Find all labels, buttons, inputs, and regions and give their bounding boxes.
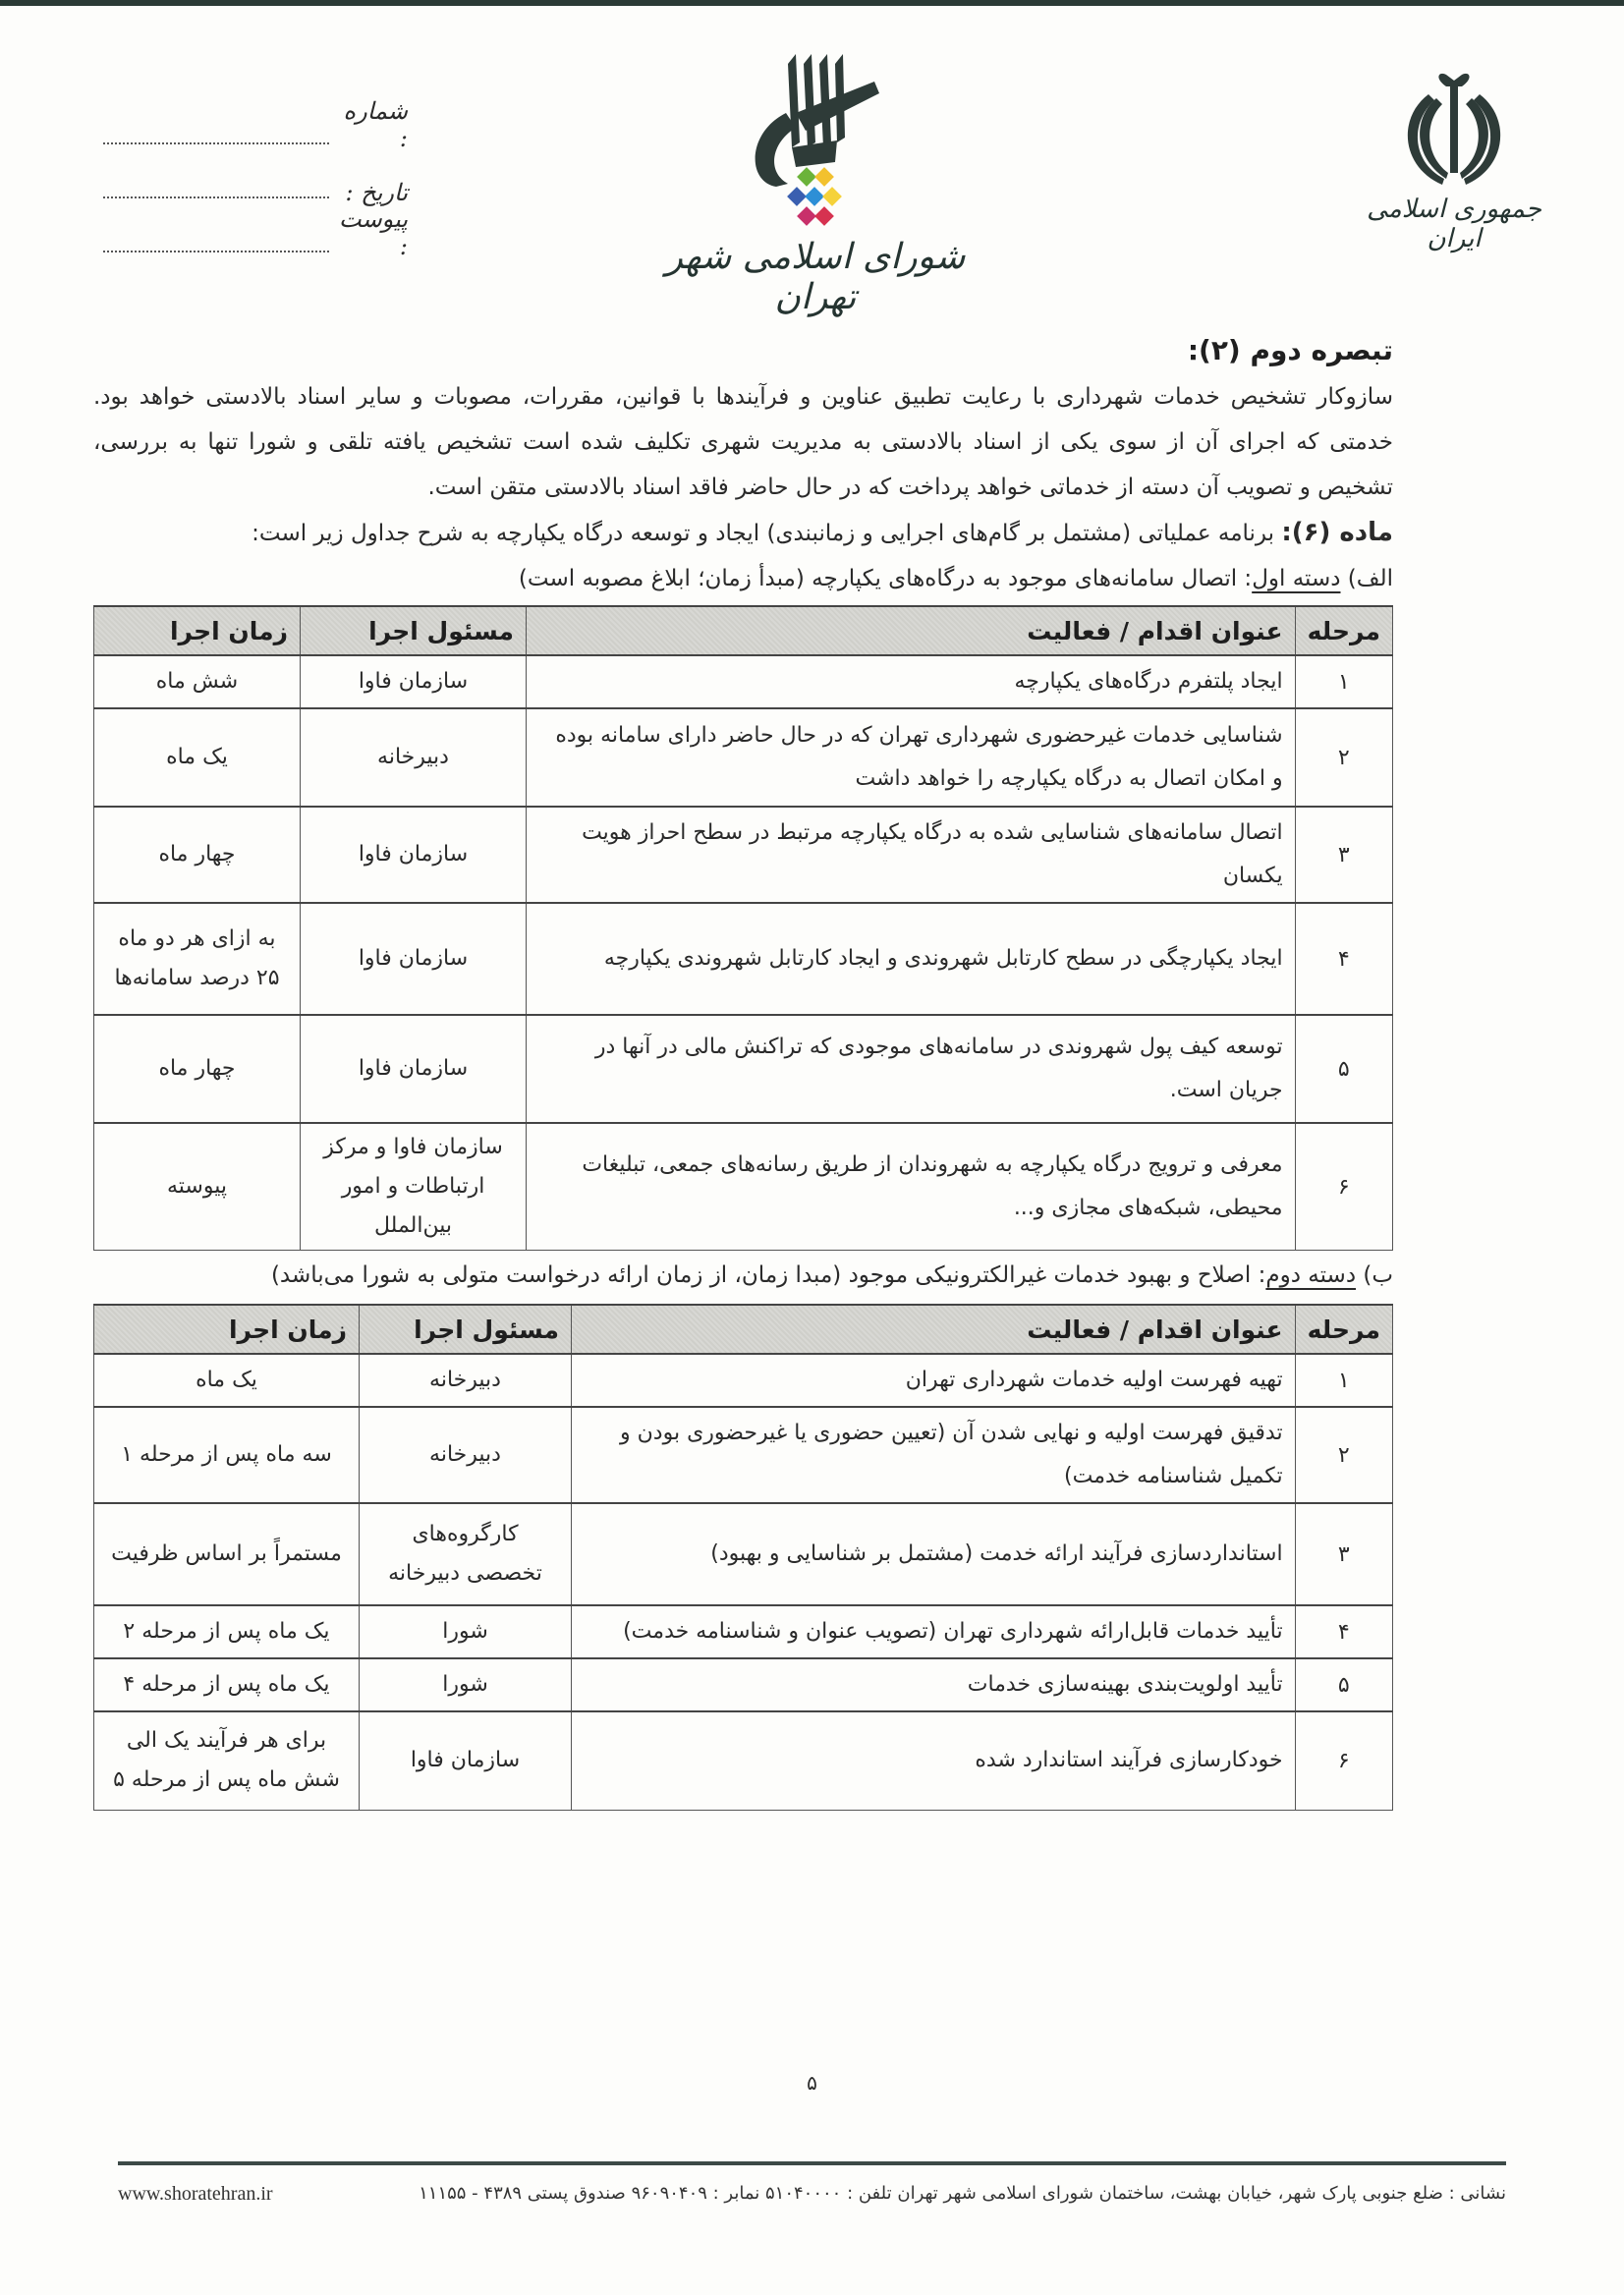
meta-label: پیوست : (329, 205, 408, 260)
col-header-step: مرحله (1295, 1305, 1392, 1354)
cell-activity: اتصال سامانه‌های شناسایی شده به درگاه یک… (527, 807, 1296, 903)
table-row: ۲ تدقیق فهرست اولیه و نهایی شدن آن (تعیی… (94, 1407, 1393, 1503)
letter-meta-fields: شماره : تاریخ : پیوست : (93, 98, 408, 260)
cell-step: ۲ (1295, 708, 1392, 807)
col-header-step: مرحله (1295, 606, 1392, 655)
cell-responsible: سازمان فاوا و مرکز ارتباطات و امور بین‌ا… (301, 1123, 527, 1251)
article-paragraph: ماده (۶): برنامه عملیاتی (مشتمل بر گام‌ه… (93, 510, 1393, 556)
cell-responsible: شورا (360, 1658, 572, 1711)
cell-time: سه ماه پس از مرحله ۱ (94, 1407, 360, 1503)
cell-time: به ازای هر دو ماه ۲۵ درصد سامانه‌ها (94, 903, 301, 1015)
group1-text: : اتصال سامانه‌های موجود به درگاه‌های یک… (519, 566, 1252, 591)
table-row: ۳ استانداردسازی فرآیند ارائه خدمت (مشتمل… (94, 1503, 1393, 1605)
cell-activity: شناسایی خدمات غیرحضوری شهرداری تهران که … (527, 708, 1296, 807)
group1-label: دسته اول (1252, 566, 1340, 591)
cell-responsible: شورا (360, 1605, 572, 1658)
group2-text: : اصلاح و بهبود خدمات غیرالکترونیکی موجو… (271, 1262, 1265, 1288)
council-calligraphy-icon (727, 54, 904, 231)
cell-time: چهار ماه (94, 1015, 301, 1123)
article-text: برنامه عملیاتی (مشتمل بر گام‌های اجرایی … (252, 521, 1281, 546)
col-header-time: زمان اجرا (94, 1305, 360, 1354)
cell-step: ۳ (1295, 807, 1392, 903)
cell-time: شش ماه (94, 655, 301, 708)
meta-label: شماره : (329, 97, 408, 152)
cell-activity: توسعه کیف پول شهروندی در سامانه‌های موجو… (527, 1015, 1296, 1123)
cell-activity: ایجاد پلتفرم درگاه‌های یکپارچه (527, 655, 1296, 708)
cell-activity: استانداردسازی فرآیند ارائه خدمت (مشتمل ب… (572, 1503, 1296, 1605)
cell-activity: خودکارسازی فرآیند استاندارد شده (572, 1711, 1296, 1810)
cell-responsible: سازمان فاوا (301, 1015, 527, 1123)
cell-step: ۴ (1295, 1605, 1392, 1658)
cell-time: پیوسته (94, 1123, 301, 1251)
meta-field-date: تاریخ : (93, 152, 408, 206)
footer: نشانی : ضلع جنوبی پارک شهر، خیابان بهشت،… (118, 2183, 1506, 2206)
cell-activity: ایجاد یکپارچگی در سطح کارتابل شهروندی و … (527, 903, 1296, 1015)
footer-website-link[interactable]: www.shoratehran.ir (118, 2183, 273, 2206)
table-row: ۵ تأیید اولویت‌بندی بهینه‌سازی خدمات شور… (94, 1658, 1393, 1711)
cell-step: ۴ (1295, 903, 1392, 1015)
note-paragraph: سازوکار تشخیص خدمات شهرداری با رعایت تطب… (93, 374, 1393, 510)
table-row: ۶ خودکارسازی فرآیند استاندارد شده سازمان… (94, 1711, 1393, 1810)
article-label: ماده (۶): (1281, 518, 1393, 547)
cell-step: ۱ (1295, 655, 1392, 708)
cell-activity: تهیه فهرست اولیه خدمات شهرداری تهران (572, 1354, 1296, 1407)
table-row: ۴ تأیید خدمات قابل‌ارائه شهرداری تهران (… (94, 1605, 1393, 1658)
cell-responsible: کارگروه‌های تخصصی دبیرخانه (360, 1503, 572, 1605)
cell-time: یک ماه (94, 1354, 360, 1407)
cell-step: ۶ (1295, 1123, 1392, 1251)
cell-step: ۱ (1295, 1354, 1392, 1407)
cell-activity: تدقیق فهرست اولیه و نهایی شدن آن (تعیین … (572, 1407, 1296, 1503)
cell-responsible: سازمان فاوا (301, 903, 527, 1015)
cell-responsible: دبیرخانه (360, 1407, 572, 1503)
group1-prefix: الف) (1341, 566, 1394, 591)
iran-emblem-icon (1395, 69, 1513, 187)
cell-responsible: دبیرخانه (301, 708, 527, 807)
meta-field-attachment: پیوست : (93, 206, 408, 260)
cell-responsible: سازمان فاوا (360, 1711, 572, 1810)
table-row: ۶ معرفی و ترویج درگاه یکپارچه به شهروندا… (94, 1123, 1393, 1251)
group2-table: مرحله عنوان اقدام / فعالیت مسئول اجرا زم… (93, 1304, 1393, 1811)
group2-prefix: ب) (1356, 1262, 1393, 1288)
meta-field-number: شماره : (93, 98, 408, 152)
group1-title: الف) دسته اول: اتصال سامانه‌های موجود به… (93, 556, 1393, 601)
col-header-activity: عنوان اقدام / فعالیت (527, 606, 1296, 655)
col-header-responsible: مسئول اجرا (360, 1305, 572, 1354)
cell-time: چهار ماه (94, 807, 301, 903)
page-number: ۵ (0, 2071, 1624, 2095)
cell-responsible: دبیرخانه (360, 1354, 572, 1407)
dotted-line (103, 196, 329, 198)
cell-activity: تأیید اولویت‌بندی بهینه‌سازی خدمات (572, 1658, 1296, 1711)
cell-time: مستمراً بر اساس ظرفیت (94, 1503, 360, 1605)
iran-emblem: جمهوری اسلامی ایران (1336, 69, 1572, 253)
dotted-line (103, 142, 329, 144)
cell-responsible: سازمان فاوا (301, 807, 527, 903)
tehran-council-logo: شورای اسلامی شهر تهران (658, 54, 973, 317)
cell-activity: معرفی و ترویج درگاه یکپارچه به شهروندان … (527, 1123, 1296, 1251)
table-row: ۱ ایجاد پلتفرم درگاه‌های یکپارچه سازمان … (94, 655, 1393, 708)
table-row: ۵ توسعه کیف پول شهروندی در سامانه‌های مو… (94, 1015, 1393, 1123)
table-row: ۱ تهیه فهرست اولیه خدمات شهرداری تهران د… (94, 1354, 1393, 1407)
cell-time: یک ماه پس از مرحله ۴ (94, 1658, 360, 1711)
dotted-line (103, 251, 329, 252)
meta-label: تاریخ : (329, 179, 408, 206)
cell-time: برای هر فرآیند یک الی شش ماه پس از مرحله… (94, 1711, 360, 1810)
cell-step: ۵ (1295, 1015, 1392, 1123)
footer-address: نشانی : ضلع جنوبی پارک شهر، خیابان بهشت،… (419, 2183, 1506, 2206)
scan-edge (0, 0, 1624, 6)
cell-time: یک ماه (94, 708, 301, 807)
document-body: تبصره دوم (۲): سازوکار تشخیص خدمات شهردا… (93, 334, 1393, 1811)
cell-step: ۳ (1295, 1503, 1392, 1605)
cell-step: ۶ (1295, 1711, 1392, 1810)
council-name: شورای اسلامی شهر تهران (658, 237, 973, 317)
table-row: ۳ اتصال سامانه‌های شناسایی شده به درگاه … (94, 807, 1393, 903)
cell-activity: تأیید خدمات قابل‌ارائه شهرداری تهران (تص… (572, 1605, 1296, 1658)
footer-divider (118, 2161, 1506, 2165)
iran-caption: جمهوری اسلامی ایران (1336, 195, 1572, 253)
group2-title: ب) دسته دوم: اصلاح و بهبود خدمات غیرالکت… (93, 1253, 1393, 1298)
group1-table: مرحله عنوان اقدام / فعالیت مسئول اجرا زم… (93, 605, 1393, 1251)
table-row: ۲ شناسایی خدمات غیرحضوری شهرداری تهران ک… (94, 708, 1393, 807)
group2-label: دسته دوم (1265, 1262, 1356, 1288)
col-header-activity: عنوان اقدام / فعالیت (572, 1305, 1296, 1354)
note-heading: تبصره دوم (۲): (93, 334, 1393, 366)
table-row: ۴ ایجاد یکپارچگی در سطح کارتابل شهروندی … (94, 903, 1393, 1015)
cell-responsible: سازمان فاوا (301, 655, 527, 708)
col-header-responsible: مسئول اجرا (301, 606, 527, 655)
cell-step: ۵ (1295, 1658, 1392, 1711)
cell-time: یک ماه پس از مرحله ۲ (94, 1605, 360, 1658)
col-header-time: زمان اجرا (94, 606, 301, 655)
document-page: شماره : تاریخ : پیوست : (0, 0, 1624, 2295)
cell-step: ۲ (1295, 1407, 1392, 1503)
